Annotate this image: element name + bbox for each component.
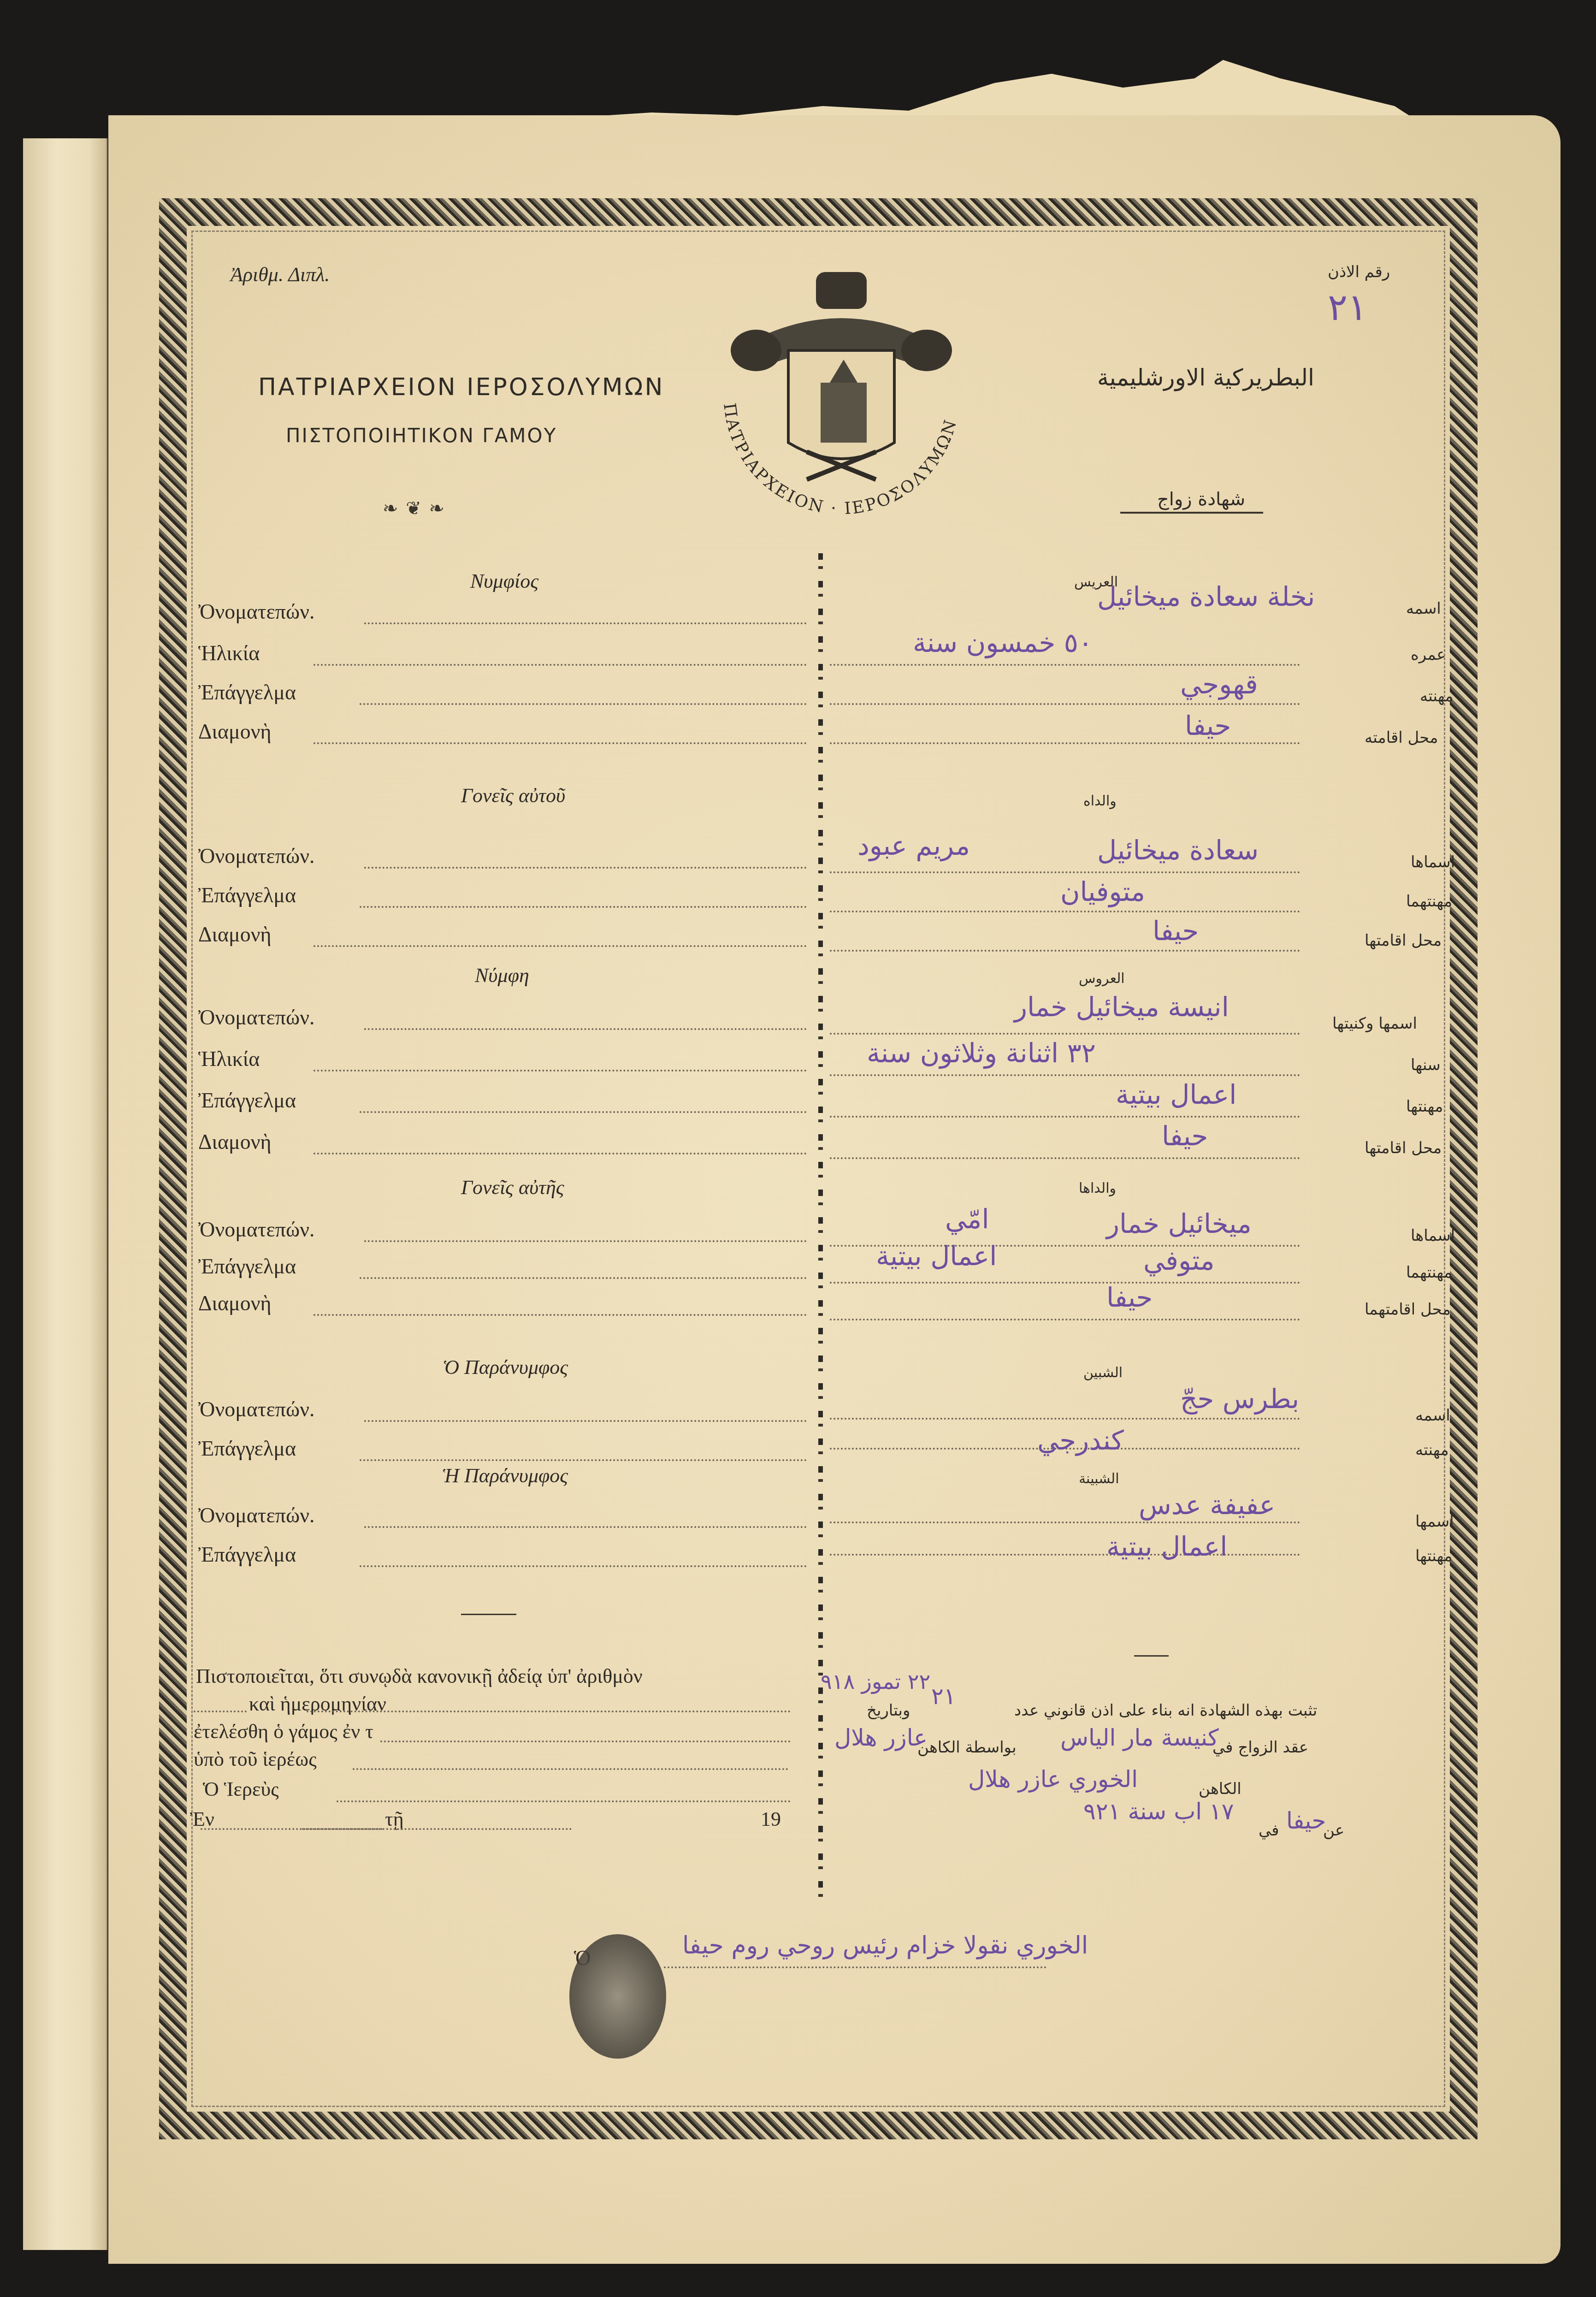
- greek-cert-line3: ἐτελέσθη ὁ γάμος ἐν τ: [194, 1720, 373, 1743]
- groom-parents-name-label: Ὀνοματεπών.: [198, 844, 315, 868]
- center-divider: [818, 553, 823, 1900]
- bride-parents-occupation-line-arabic: [830, 1282, 1300, 1284]
- groom-parents-residence-label: Διαμονὴ: [198, 922, 272, 947]
- permit-number: ٢١: [1328, 286, 1367, 329]
- greek-number-label: Ἀριθμ. Διπλ.: [231, 263, 330, 286]
- bride-residence-label: Διαμονὴ: [198, 1130, 272, 1154]
- groom-father-value[interactable]: سعادة ميخائيل: [1097, 835, 1259, 866]
- bride-age-line-greek[interactable]: [313, 1070, 807, 1072]
- greek-ornament: ❧ ❦ ❧: [383, 498, 445, 519]
- groom-age-label: Ἡλικία: [198, 641, 260, 665]
- arabic-priest-label: الكاهن: [1199, 1780, 1241, 1798]
- bride-age-label: Ἡλικία: [198, 1047, 260, 1071]
- footer-signature-line[interactable]: [664, 1966, 1046, 1968]
- greek-date-day-line[interactable]: [302, 1828, 572, 1830]
- greek-date-ti: τῇ: [385, 1807, 404, 1831]
- bride-father-value[interactable]: ميخائيل خمار: [1106, 1208, 1252, 1239]
- groom-name-line-greek[interactable]: [364, 622, 807, 624]
- bride-residence-line-arabic: [830, 1157, 1300, 1159]
- best-man-name-value[interactable]: بطرس حجّ: [1180, 1383, 1299, 1415]
- bride-parents-name-label-arabic: اسماها: [1411, 1226, 1455, 1245]
- greek-title: ΠΑΤΡΙΑΡΧΕΙΟΝ ΙΕΡΟΣΟΛΥΜΩΝ: [258, 373, 664, 401]
- bride-name-line-greek[interactable]: [364, 1028, 807, 1030]
- groom-parents-heading-arabic: والداه: [1083, 793, 1117, 809]
- bride-parents-heading-arabic: والداها: [1079, 1180, 1116, 1196]
- bride-parents-residence-value[interactable]: حيفا: [1106, 1282, 1153, 1313]
- groom-parents-heading-greek: Γονεῖς αὐτοῦ: [461, 784, 565, 807]
- groom-parents-occupation-line-greek[interactable]: [360, 906, 807, 908]
- groom-parents-name-line-greek[interactable]: [364, 867, 807, 869]
- groom-heading-greek: Νυμφίος: [470, 569, 538, 593]
- best-man-heading-greek: Ὁ Παράνυμφος: [443, 1356, 568, 1379]
- arabic-cert-date-label: وبتاريخ: [867, 1701, 910, 1720]
- arabic-subtitle: شهادة زواج: [1157, 489, 1245, 510]
- arabic-number-label: رقم الاذن: [1328, 263, 1390, 281]
- bride-parents-residence-label-arabic: محل اقامتهما: [1365, 1300, 1451, 1319]
- bride-heading-arabic: العروس: [1079, 971, 1125, 987]
- bride-parents-occupation-line-greek[interactable]: [360, 1277, 807, 1279]
- greek-cert-church-line[interactable]: [380, 1741, 791, 1742]
- groom-occupation-label-arabic: مهنته: [1420, 687, 1454, 705]
- groom-parents-name-label-arabic: اسماها: [1411, 853, 1455, 871]
- groom-age-line-greek[interactable]: [313, 664, 807, 666]
- arabic-date-in: في: [1259, 1821, 1279, 1840]
- book-spine: [23, 138, 107, 2250]
- bride-parents-name-line-greek[interactable]: [364, 1240, 807, 1242]
- arabic-date-value[interactable]: ١٧ اب سنة ٩٢١: [1083, 1798, 1234, 1825]
- arabic-cert-line2b: بواسطة الكاهن: [917, 1738, 1017, 1757]
- arabic-cert-church[interactable]: كنيسة مار الياس: [1060, 1724, 1219, 1751]
- bride-name-value[interactable]: انيسة ميخائيل خمار: [1014, 991, 1229, 1023]
- groom-residence-value[interactable]: حيفا: [1185, 710, 1231, 741]
- bride-residence-value[interactable]: حيفا: [1162, 1120, 1208, 1152]
- bride-name-label-arabic: اسمها وكنيتها: [1332, 1014, 1417, 1033]
- maid-of-honor-occupation-line-arabic: [830, 1554, 1300, 1556]
- greek-cert-priest-line[interactable]: [353, 1768, 788, 1770]
- greek-cert-number-line[interactable]: [194, 1711, 247, 1712]
- groom-residence-line-arabic: [830, 742, 1300, 744]
- maid-of-honor-heading-arabic: الشبينة: [1079, 1471, 1119, 1487]
- bride-occupation-label: Ἐπάγγελμα: [198, 1088, 296, 1113]
- greek-date-year: 19: [761, 1807, 781, 1831]
- bride-name-line-arabic: [830, 1033, 1300, 1035]
- best-man-name-label-arabic: اسمه: [1415, 1406, 1450, 1425]
- footer-signature[interactable]: الخوري نقولا خزام رئيس روحي روم حيفا: [682, 1932, 1088, 1960]
- arabic-place-label: عن: [1323, 1821, 1344, 1840]
- bride-occupation-line-greek[interactable]: [360, 1111, 807, 1113]
- groom-residence-line-greek[interactable]: [313, 742, 807, 744]
- best-man-name-line-greek[interactable]: [364, 1420, 807, 1422]
- bride-mother-occupation-value[interactable]: اعمال بيتية: [876, 1240, 997, 1272]
- groom-mother-value[interactable]: مريم عبود: [857, 830, 970, 861]
- groom-name-value[interactable]: نخلة سعادة ميخائيل: [1097, 581, 1315, 612]
- greek-cert-line4: ὑπὸ τοῦ ἱερέως: [194, 1747, 317, 1771]
- best-man-occupation-label: Ἐπάγγελμα: [198, 1436, 296, 1461]
- greek-cert-date-line[interactable]: [307, 1711, 791, 1712]
- groom-parents-name-line-arabic: [830, 871, 1300, 873]
- bride-parents-occupation-label-arabic: مهنتهما: [1406, 1263, 1452, 1282]
- groom-name-label: Ὀνοματεπών.: [198, 599, 315, 624]
- maid-of-honor-name-line-arabic: [830, 1521, 1300, 1523]
- groom-age-line-arabic: [830, 664, 1300, 666]
- arabic-section-rule: [1134, 1655, 1169, 1657]
- best-man-occupation-value[interactable]: كندرجي: [1037, 1425, 1124, 1456]
- bride-father-occupation-value[interactable]: متوفي: [1143, 1245, 1215, 1276]
- arabic-cert-priest[interactable]: عازر هلال: [834, 1724, 928, 1751]
- groom-age-value[interactable]: ٥٠ خمسون سنة: [913, 627, 1093, 658]
- groom-parents-occupation-label-arabic: مهنتهما: [1406, 892, 1452, 911]
- groom-age-label-arabic: عمره: [1411, 645, 1446, 664]
- bride-parents-occupation-label: Ἐπάγγελμα: [198, 1254, 296, 1279]
- greek-subtitle: ΠΙΣΤΟΠΟΙΗΤΙΚΟΝ ΓΑΜΟΥ: [286, 424, 557, 447]
- greek-date-en: Ἐν: [190, 1807, 214, 1831]
- bride-residence-line-greek[interactable]: [313, 1153, 807, 1154]
- greek-priest-label: Ὁ Ἱερεὺς: [203, 1777, 279, 1801]
- groom-name-label-arabic: اسمه: [1406, 599, 1441, 618]
- maid-of-honor-occupation-label: Ἐπάγγελμα: [198, 1542, 296, 1567]
- arabic-place-value[interactable]: حيفا: [1286, 1807, 1326, 1834]
- groom-parents-residence-label-arabic: محل اقامتها: [1365, 931, 1442, 950]
- maid-of-honor-name-value[interactable]: عفيفة عدس: [1139, 1489, 1275, 1521]
- maid-of-honor-occupation-value[interactable]: اعمال بيتية: [1106, 1531, 1227, 1562]
- groom-parents-occupation-value[interactable]: متوفيان: [1060, 876, 1145, 907]
- groom-occupation-line-greek[interactable]: [360, 703, 807, 705]
- arabic-priest-signature[interactable]: الخوري عازر هلال: [968, 1766, 1138, 1793]
- bride-residence-label-arabic: محل اقامتها: [1365, 1139, 1442, 1157]
- groom-occupation-line-arabic: [830, 703, 1300, 705]
- bride-parents-residence-line-greek[interactable]: [313, 1314, 807, 1316]
- groom-occupation-value[interactable]: قهوجي: [1180, 669, 1258, 700]
- greek-section-rule: [461, 1614, 516, 1615]
- maid-of-honor-occupation-label-arabic: مهنتها: [1415, 1547, 1452, 1565]
- groom-residence-label-arabic: محل اقامته: [1365, 728, 1438, 747]
- groom-parents-residence-line-arabic: [830, 950, 1300, 952]
- bride-age-label-arabic: سنها: [1411, 1056, 1441, 1074]
- arabic-cert-date-value[interactable]: ٢٢ تموز ٩١٨: [821, 1669, 930, 1694]
- patriarchate-coat-of-arms: ΠΑΤΡΙΑΡΧΕΙΟΝ · ΙΕΡΟΣΟΛΥΜΩΝ: [705, 258, 977, 535]
- groom-occupation-label: Ἐπάγγελμα: [198, 680, 296, 704]
- maid-of-honor-name-label: Ὀνοματεπών.: [198, 1503, 315, 1527]
- bride-name-label: Ὀνοματεπών.: [198, 1005, 315, 1030]
- bride-parents-name-label: Ὀνοματεπών.: [198, 1217, 315, 1242]
- groom-parents-occupation-line-arabic: [830, 911, 1300, 912]
- best-man-name-line-arabic: [830, 1418, 1300, 1420]
- groom-parents-residence-line-greek[interactable]: [313, 945, 807, 947]
- bride-parents-residence-label: Διαμονὴ: [198, 1291, 272, 1315]
- arabic-cert-line1: تثبت بهذه الشهادة انه بناء على اذن قانون…: [1014, 1701, 1317, 1720]
- greek-cert-line1: Πιστοποιεῖται, ὅτι συνῳδὰ κανονικῇ ἀδείᾳ…: [196, 1664, 643, 1688]
- best-man-name-label: Ὀνοματεπών.: [198, 1397, 315, 1421]
- groom-parents-residence-value[interactable]: حيفا: [1153, 915, 1199, 947]
- arabic-cert-permit-number[interactable]: ٢١: [931, 1683, 956, 1710]
- greek-priest-signature-line[interactable]: [337, 1800, 791, 1802]
- bride-heading-greek: Νύμφη: [475, 964, 529, 987]
- best-man-heading-arabic: الشبين: [1083, 1365, 1123, 1381]
- arabic-ornament-rule: [1120, 512, 1263, 514]
- bride-occupation-value[interactable]: اعمال بيتية: [1116, 1079, 1236, 1110]
- best-man-occupation-line-greek[interactable]: [360, 1459, 807, 1461]
- groom-residence-label: Διαμονὴ: [198, 719, 272, 744]
- bride-parents-residence-line-arabic: [830, 1319, 1300, 1320]
- maid-of-honor-heading-greek: Ἡ Παράνυμφος: [443, 1464, 568, 1487]
- groom-parents-occupation-label: Ἐπάγγελμα: [198, 883, 296, 907]
- bride-age-line-arabic: [830, 1074, 1300, 1076]
- best-man-occupation-label-arabic: مهنته: [1415, 1441, 1449, 1459]
- maid-of-honor-name-label-arabic: اسمها: [1415, 1512, 1454, 1531]
- bride-mother-value[interactable]: امّي: [945, 1203, 989, 1235]
- maid-of-honor-occupation-line-greek[interactable]: [360, 1565, 807, 1567]
- bride-parents-heading-greek: Γονεῖς αὐτῆς: [461, 1176, 564, 1199]
- bride-occupation-label-arabic: مهنتها: [1406, 1097, 1443, 1116]
- maid-of-honor-name-line-greek[interactable]: [364, 1526, 807, 1528]
- arabic-title: البطريركية الاورشليمية: [1097, 364, 1314, 391]
- bride-occupation-line-arabic: [830, 1116, 1300, 1118]
- arabic-cert-line2a: عقد الزواج في: [1212, 1738, 1308, 1757]
- bride-age-value[interactable]: ٣٢ اثنانة وثلاثون سنة: [867, 1037, 1096, 1069]
- patriarchate-seal-stamp: [569, 1934, 666, 2059]
